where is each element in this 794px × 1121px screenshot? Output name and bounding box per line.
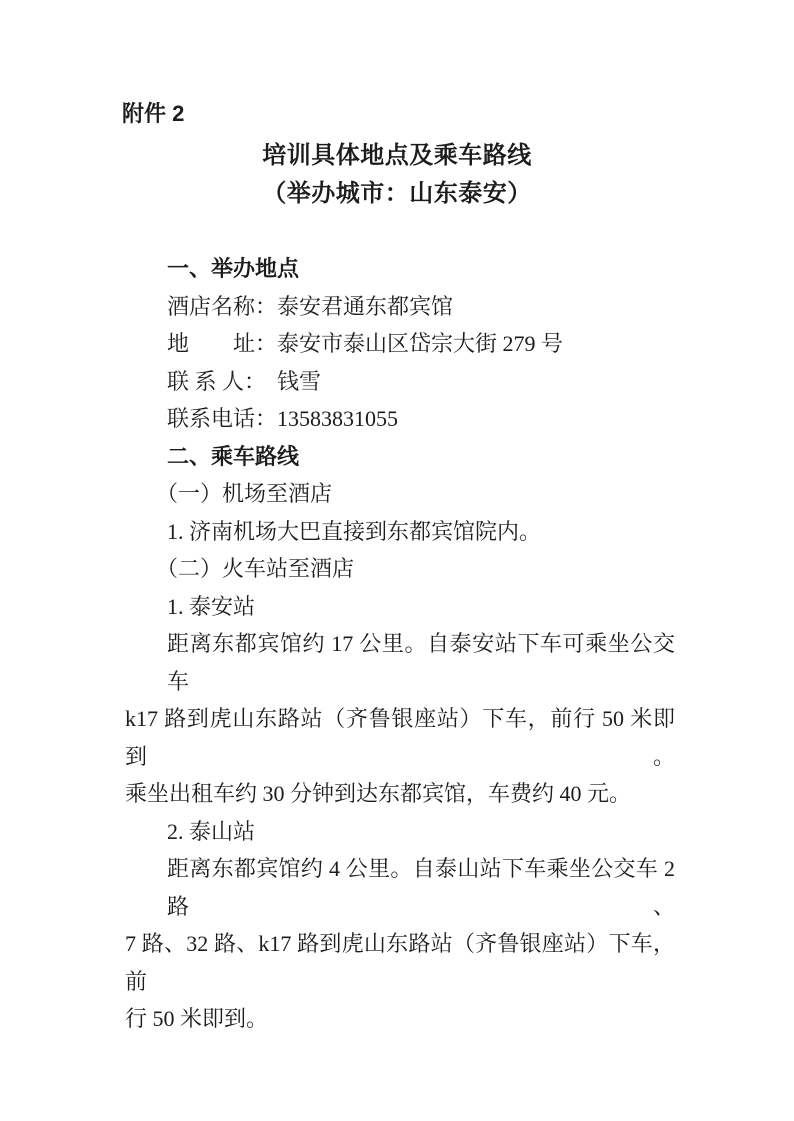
contact-person-label: 联 系 人： [167,363,277,401]
station-taishan-name: 2. 泰山站 [125,813,675,851]
train-subheading: （二）火车站至酒店 [125,550,675,588]
doc-subtitle: （举办城市：山东泰安） [0,175,794,213]
address-label: 地 址： [167,325,277,363]
station-taishan-line-3: 行 50 米即到。 [125,1000,675,1038]
title-block: 培训具体地点及乘车路线 （举办城市：山东泰安） [0,137,794,213]
station-taian-line-3: 乘坐出租车约 30 分钟到达东都宾馆，车费约 40 元。 [125,775,675,813]
airport-route-item: 1. 济南机场大巴直接到东都宾馆院内。 [125,513,675,551]
station-taishan-line-1: 距离东都宾馆约 4 公里。自泰山站下车乘坐公交车 2 路、 [125,850,675,925]
field-row-contact-phone: 联系电话：13583831055 [125,400,675,438]
station-taian-line-1: 距离东都宾馆约 17 公里。自泰安站下车可乘坐公交车 [125,625,675,700]
station-taishan-line-2: 7 路、32 路、k17 路到虎山东路站（齐鲁银座站）下车，前 [125,925,675,1000]
station-taian-line-2: k17 路到虎山东路站（齐鲁银座站）下车，前行 50 米即到。 [125,700,675,775]
contact-person-value: 钱雪 [277,369,321,394]
hotel-name-value: 泰安君通东都宾馆 [277,294,453,319]
attachment-label: 附件 2 [122,99,184,129]
doc-title: 培训具体地点及乘车路线 [0,137,794,175]
route-section-heading: 二、乘车路线 [125,438,675,476]
doc-body: 一、举办地点 酒店名称：泰安君通东都宾馆 地 址：泰安市泰山区岱宗大街 279 … [125,250,675,1038]
document-page: 附件 2 培训具体地点及乘车路线 （举办城市：山东泰安） 一、举办地点 酒店名称… [0,0,794,1121]
field-row-hotel-name: 酒店名称：泰安君通东都宾馆 [125,288,675,326]
field-row-address: 地 址：泰安市泰山区岱宗大街 279 号 [125,325,675,363]
contact-phone-label: 联系电话： [167,400,277,438]
address-value: 泰安市泰山区岱宗大街 279 号 [277,331,563,356]
station-taian-name: 1. 泰安站 [125,588,675,626]
airport-subheading: （一）机场至酒店 [125,475,675,513]
hotel-name-label: 酒店名称： [167,288,277,326]
contact-phone-value: 13583831055 [277,406,398,431]
venue-section-heading: 一、举办地点 [125,250,675,288]
field-row-contact-person: 联 系 人：钱雪 [125,363,675,401]
